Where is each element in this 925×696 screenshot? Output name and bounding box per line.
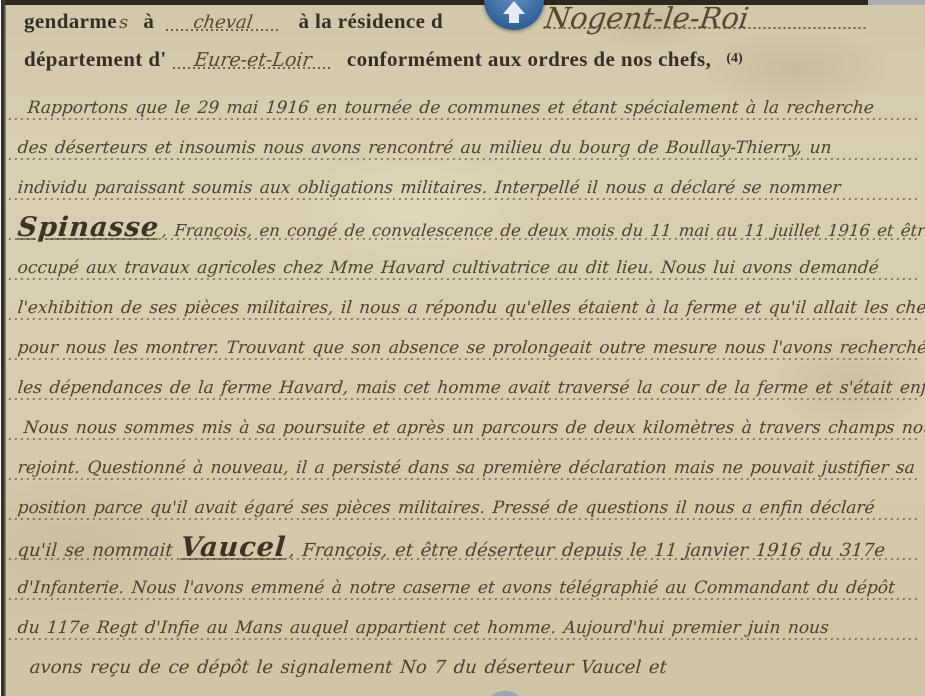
page-top-edge — [0, 0, 868, 5]
form-line-residence: gendarmes à cheval à la résidence d Noge… — [0, 9, 925, 34]
printed-a-label: à — [143, 9, 154, 33]
handwritten-cheval-entry: cheval — [166, 12, 281, 33]
handwritten-line: Rapportons que le 29 mai 1916 en tournée… — [8, 88, 920, 128]
handwritten-line: les dépendances de la ferme Havard, mais… — [8, 368, 920, 408]
handwritten-line: occupé aux travaux agricoles chez Mme Ha… — [8, 248, 920, 288]
page-top-edge-right — [868, 0, 925, 5]
handwritten-line: l'exhibition de ses pièces militaires, i… — [8, 288, 920, 328]
handwritten-line: rejoint. Questionné à nouveau, il a pers… — [8, 448, 920, 488]
handwritten-line: individu paraissant soumis aux obligatio… — [8, 168, 920, 208]
handwritten-residence-place: Nogent-le-Roi — [543, 1, 870, 35]
handwritten-department-name: Eure-et-Loir — [172, 49, 333, 71]
printed-department-label: département d' — [24, 47, 167, 71]
handwritten-line: Spinasse, François, en congé de convales… — [8, 208, 920, 248]
person-name-spinasse: Spinasse — [16, 212, 160, 243]
handwritten-plural-s: s — [119, 12, 128, 33]
printed-residence-label: à la résidence d — [298, 9, 443, 33]
scanned-document-page: { "header": { "line1": { "printed_gendar… — [0, 0, 925, 696]
handwritten-line: qu'il se nommait Vaucel, François, et êt… — [8, 528, 920, 568]
handwritten-line: pour nous les montrer. Trouvant que son … — [8, 328, 920, 368]
handwritten-line: Nous nous sommes mis à sa poursuite et a… — [8, 408, 920, 448]
arrow-up-icon — [503, 1, 525, 23]
handwritten-line: des déserteurs et insoumis nous avons re… — [8, 128, 920, 168]
page-left-edge — [0, 0, 6, 696]
handwritten-report-body: Rapportons que le 29 mai 1916 en tournée… — [8, 88, 917, 688]
handwritten-line: du 117e Regt d'Infie au Mans auquel appa… — [8, 608, 920, 648]
footnote-marker: (4) — [726, 51, 742, 66]
handwritten-line: position parce qu'il avait égaré ses piè… — [8, 488, 920, 528]
person-name-vaucel: Vaucel — [179, 532, 287, 563]
handwritten-line: d'Infanterie. Nous l'avons emmené à notr… — [8, 568, 920, 608]
printed-gendarme-label: gendarme — [24, 9, 117, 33]
scroll-down-button[interactable] — [488, 691, 522, 696]
handwritten-line: avons reçu de ce dépôt le signalement No… — [8, 648, 920, 688]
printed-conformement-label: conformément aux ordres de nos chefs, — [347, 47, 711, 71]
form-line-department: département d' Eure-et-Loir conformément… — [24, 47, 743, 72]
